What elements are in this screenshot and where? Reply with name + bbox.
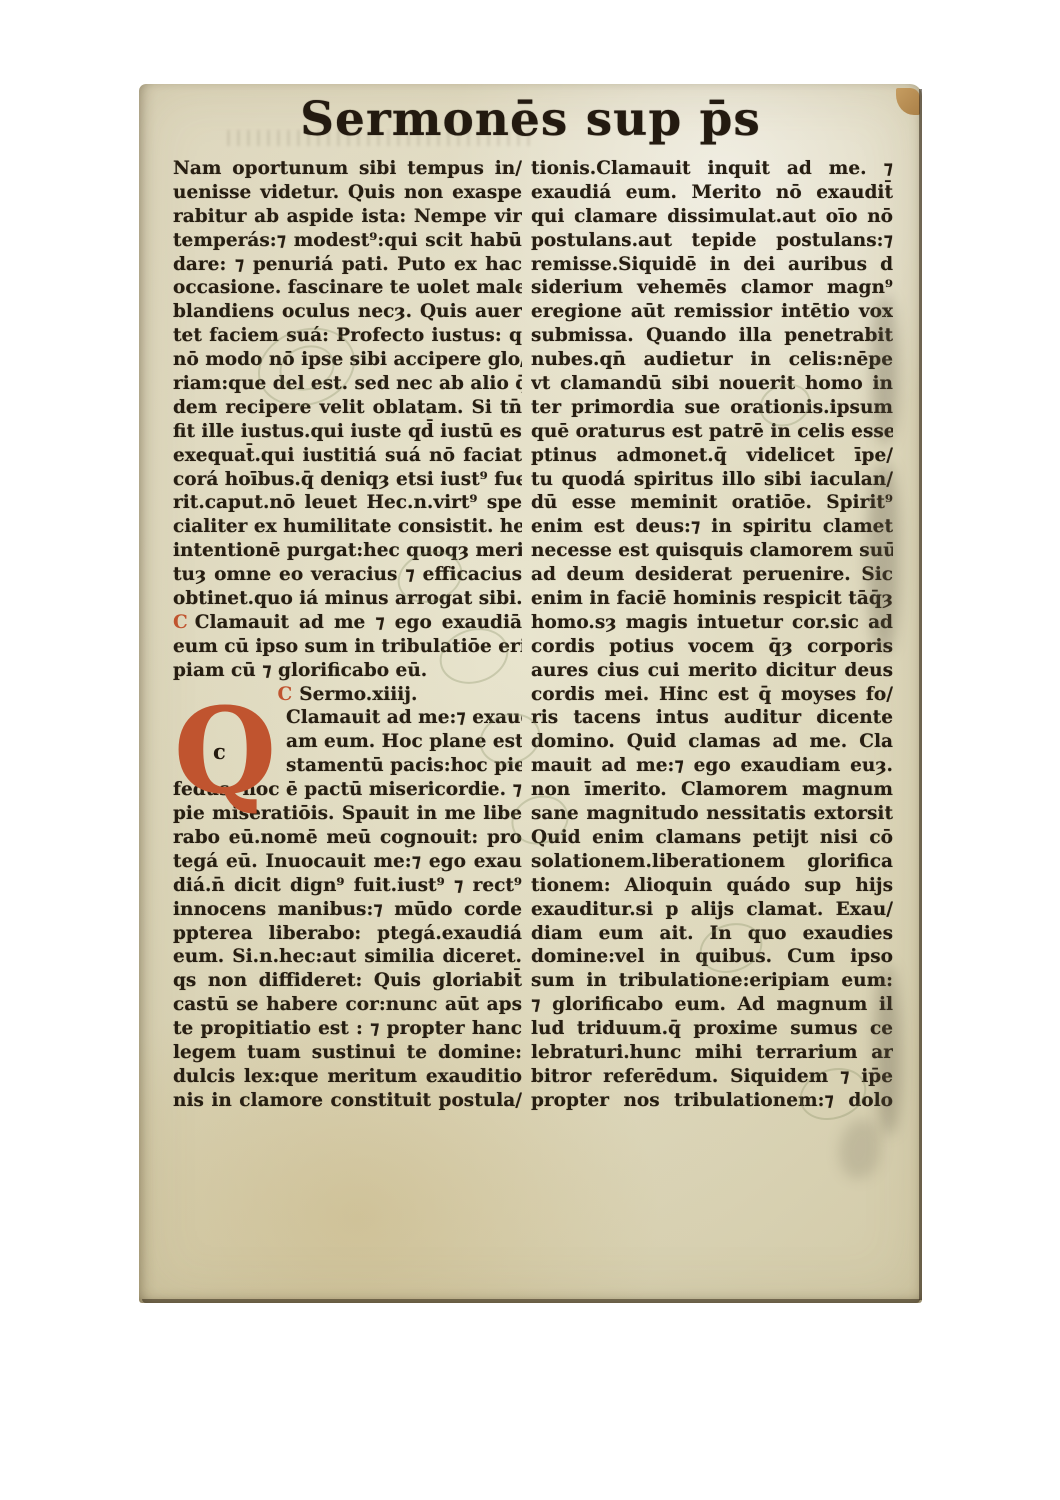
paragraph-mark: C <box>278 684 293 705</box>
text-line: corá hoībus.q̄ deniqȝ etsi iust⁹ fue <box>173 468 522 492</box>
text-line: te propitiatio est : ⁊ propter hanc <box>173 1017 522 1041</box>
text-line: submissa. Quando illa penetrabit <box>531 324 893 348</box>
text-line: innocens manibus:⁊ mūdo corde <box>173 898 522 922</box>
page-title: Sermonēs sup p̄s <box>139 92 922 147</box>
text-line: ⁊ glorificabo eum. Ad magnum il <box>531 993 893 1017</box>
text-line: qui clamare dissimulat.aut oīo nō <box>531 205 893 229</box>
text-line: lebraturi.hunc mihi terrarium ar <box>531 1041 893 1065</box>
book-page: Sermonēs sup p̄s Nam oportunum sibi temp… <box>139 84 922 1303</box>
text-line: vt clamandū sibi nouerit homo in <box>531 372 893 396</box>
text-line: eregione aūt remissior intētio vox <box>531 300 893 324</box>
text-line: tionem: Alioquin quádo sup hijs <box>531 874 893 898</box>
text-line: remisse.Siquidē in dei auribus d <box>531 253 893 277</box>
text-line: diá.n̄ dicit dign⁹ fuit.iust⁹ ⁊ rect⁹ <box>173 874 522 898</box>
text-line: aures cius cui merito dicitur deus <box>531 659 893 683</box>
text-line: nubes.qn̄ audietur in celis:nēpe <box>531 348 893 372</box>
text-line: ris tacens intus auditur dicente <box>531 706 893 730</box>
text-line: occasione. fascinare te uolet male <box>173 276 522 300</box>
text-line: Nam oportunum sibi tempus in/ <box>173 157 522 181</box>
smudge-stain <box>875 964 901 1134</box>
text-line: dū esse meminit oratiōe. Spirit⁹ <box>531 491 893 515</box>
text-line: postulans.aut tepide postulans:⁊ <box>531 229 893 253</box>
text-line: tegá eū. Inuocauit me:⁊ ego exau <box>173 850 522 874</box>
text-line: quē oraturus est patrē in celis esse <box>531 420 893 444</box>
text-line: enim est deus:⁊ in spiritu clamet <box>531 515 893 539</box>
text-line: exequat̄.qui iustitiá suá nō faciat <box>173 444 522 468</box>
text-line: castū se habere cor:nunc aūt aps <box>173 993 522 1017</box>
text-line: ppterea liberabo: ptegá.exaudiá <box>173 922 522 946</box>
scan-canvas: Sermonēs sup p̄s Nam oportunum sibi temp… <box>0 0 1060 1500</box>
text-line: cordis mei. Hinc est q̄ moyses fo/ <box>531 683 893 707</box>
text-line: legem tuam sustinui te domine: <box>173 1041 522 1065</box>
text-line: exauditur.si p alijs clamat. Exau/ <box>531 898 893 922</box>
text-line: uenisse videtur. Quis non exaspe <box>173 181 522 205</box>
text-line: rabo eū.nomē meū cognouit: pro <box>173 826 522 850</box>
text-line: tuȝ omne eo veracius ⁊ efficacius <box>173 563 522 587</box>
page-edge-right <box>919 89 922 1300</box>
text-line: tu quodá spiritus illo sibi iaculan/ <box>531 468 893 492</box>
text-line: domino. Quid clamas ad me. Cla <box>531 730 893 754</box>
text-line: qs non diffideret: Quis gloriabit̄ <box>173 969 522 993</box>
text-line: rit.caput.nō leuet Hec.n.virt⁹ spe <box>173 491 522 515</box>
text-line: dulcis lex:que meritum exauditio <box>173 1065 522 1089</box>
text-line: necesse est quisquis clamorem suū <box>531 539 893 563</box>
text-line: sum in tribulatione:eripiam eum: <box>531 969 893 993</box>
smudge-stain <box>839 1119 881 1179</box>
text-line: dem recipere velit oblatam. Si tn̄ <box>173 396 522 420</box>
page-edge-bottom <box>142 1299 920 1303</box>
text-line: blandiens oculus necȝ. Quis auer <box>173 300 522 324</box>
text-line: solationem.liberationem glorifica <box>531 850 893 874</box>
text-line: enim in faciē hominis respicit tāq̄ȝ <box>531 587 893 611</box>
text-line: ptinus admonet.q̄ videlicet īpe/ <box>531 444 893 468</box>
text-line: sane magnitudo nessitatis extorsit <box>531 802 893 826</box>
text-line: nis in clamore constituit postula/ <box>173 1089 522 1113</box>
text-line: fit ille iustus.qui iuste qd̄ iustū est <box>173 420 522 444</box>
text-line: intentionē purgat:hec quoqȝ meri <box>173 539 522 563</box>
smudge-stain <box>872 294 898 444</box>
text-line: eum. Si.n.hec:aut similia diceret. <box>173 945 522 969</box>
text-line: cordis potius vocem q̄ȝ corporis <box>531 635 893 659</box>
drop-cap-initial: Q c <box>167 703 283 805</box>
text-line: obtinet.quo iá minus arrogat sibi. <box>173 587 522 611</box>
text-line: siderium vehemēs clamor magn⁹ <box>531 276 893 300</box>
text-line: temperás:⁊ modest⁹:qui scit habū <box>173 229 522 253</box>
text-line: tionis.Clamauit inquit ad me. ⁊ <box>531 157 893 181</box>
text-line: homo.sȝ magis intuetur cor.sic ad <box>531 611 893 635</box>
text-line: mauit ad me:⁊ ego exaudiam euȝ. <box>531 754 893 778</box>
smudge-stain <box>867 464 899 654</box>
text-line: exaudiá eum. Merito nō exaudit̄ <box>531 181 893 205</box>
text-line: rabitur ab aspide ista: Nempe vir <box>173 205 522 229</box>
text-line: ter primordia sue orationis.ipsum <box>531 396 893 420</box>
text-line: lud triduum.q̄ proxime sumus ce <box>531 1017 893 1041</box>
text-line: Quid enim clamans petijt nisi cō <box>531 826 893 850</box>
guide-letter: c <box>213 741 226 762</box>
text-line: cialiter ex humilitate consistit. hec <box>173 515 522 539</box>
text-line: ad deum desiderat peruenire. Sic <box>531 563 893 587</box>
text-line: non īmerito. Clamorem magnum <box>531 778 893 802</box>
paragraph-mark: C <box>173 612 188 633</box>
page-edge-top <box>139 84 922 91</box>
text-line: dare: ⁊ penuriá pati. Puto ex hac <box>173 253 522 277</box>
